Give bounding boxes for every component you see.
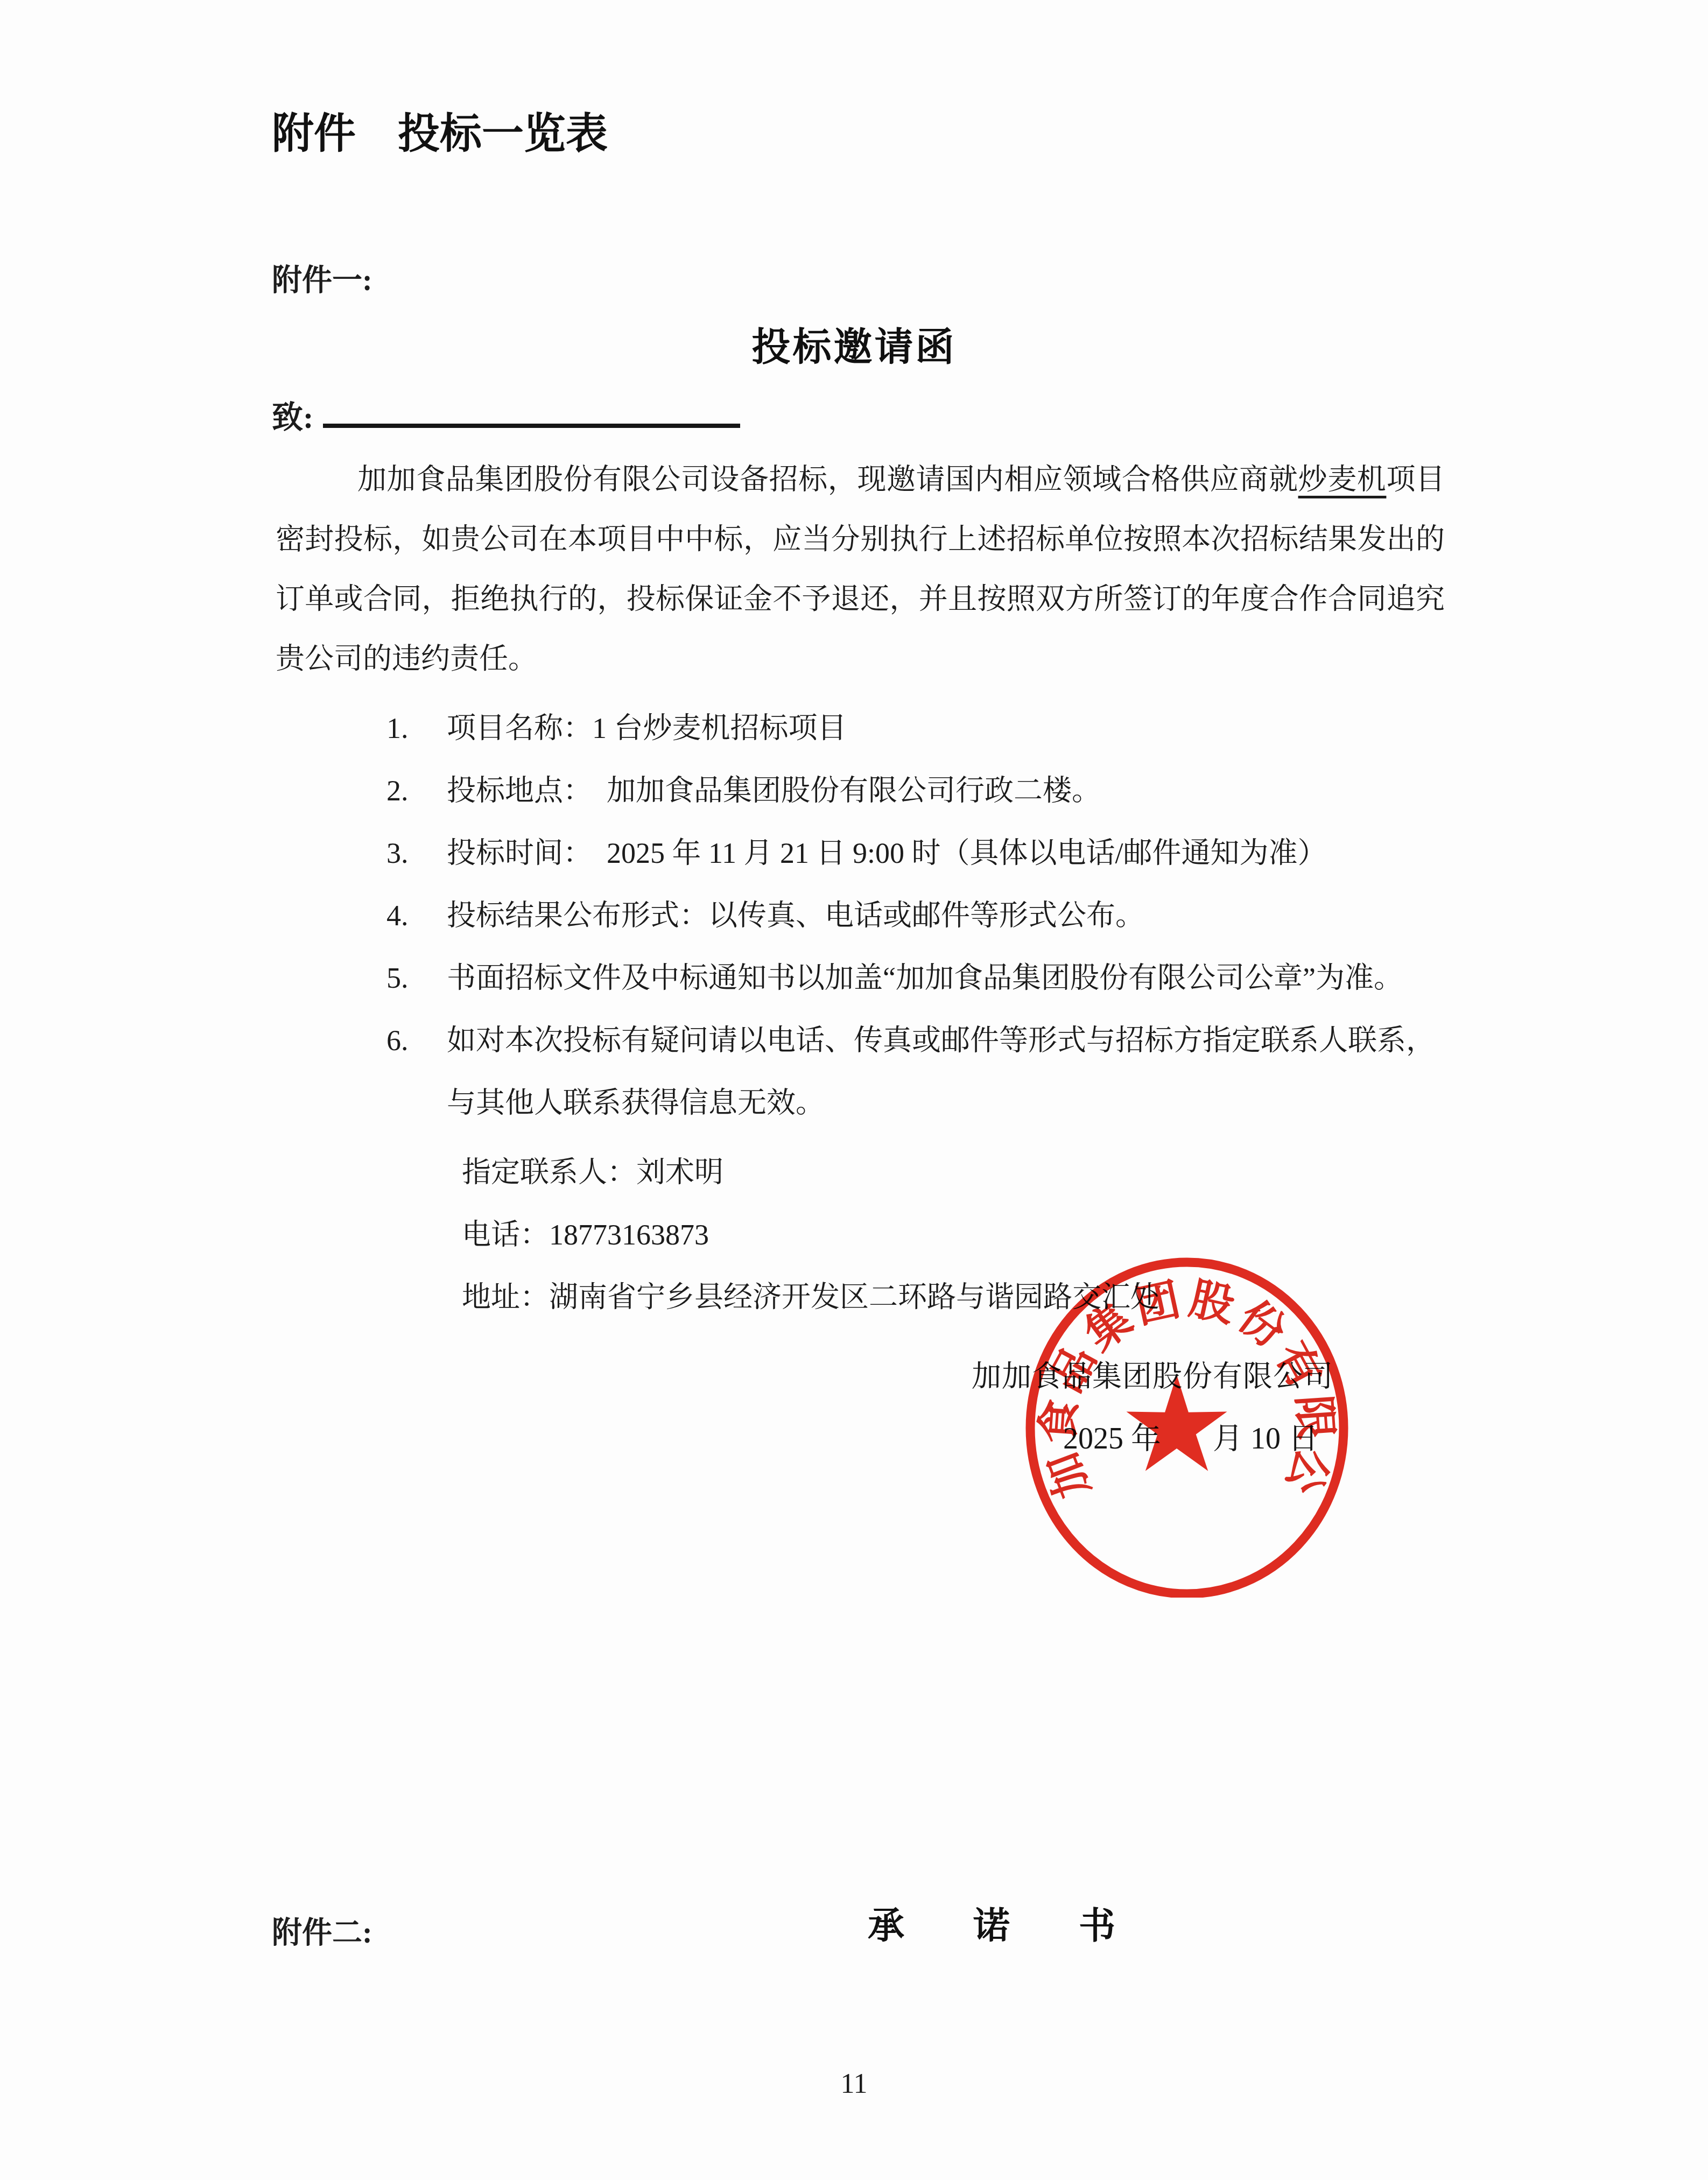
list-item: 5. 书面招标文件及中标通知书以加盖“加加食品集团股份有限公司公章”为准。 [386, 947, 1458, 1009]
promise-letter-title: 承 诺 书 [868, 1897, 1131, 1949]
to-label: 致: [272, 400, 313, 435]
document-title: 附件 投标一览表 [272, 100, 608, 160]
list-item-number: 4. [386, 884, 447, 947]
attachment2-label: 附件二: [272, 1909, 372, 1952]
opening-paragraph: 加加食品集团股份有限公司设备招标，现邀请国内相应领域合格供应商就炒麦机项目密封投… [276, 450, 1445, 689]
list-item-text-line1: 如对本次投标有疑问请以电话、传真或邮件等形式与招标方指定联系人联系， [447, 1024, 1435, 1057]
list-item-number: 5. [386, 947, 447, 1009]
list-item-number: 6. [386, 1009, 447, 1134]
underlined-project-name: 炒麦机 [1298, 463, 1387, 496]
attachment1-label: 附件一: [272, 256, 372, 299]
list-item: 2. 投标地点： 加加食品集团股份有限公司行政二楼。 [386, 760, 1458, 822]
letter-title: 投标邀请函 [0, 315, 1708, 371]
list-item: 1. 项目名称：1 台炒麦机招标项目 [386, 697, 1458, 760]
list-item-text: 书面招标文件及中标通知书以加盖“加加食品集团股份有限公司公章”为准。 [447, 947, 1458, 1009]
page-number: 11 [0, 2068, 1708, 2100]
contact-person: 指定联系人：刘术明 [462, 1141, 1159, 1204]
stamp-ring-text: 加加食品集团股份有限公司 [1025, 1253, 1340, 1504]
list-item-text: 投标地点： 加加食品集团股份有限公司行政二楼。 [447, 760, 1458, 822]
list-item: 4. 投标结果公布形式：以传真、电话或邮件等形式公布。 [386, 884, 1458, 947]
list-item: 6. 如对本次投标有疑问请以电话、传真或邮件等形式与招标方指定联系人联系， 与其… [386, 1009, 1458, 1134]
list-item-text-line2: 与其他人联系获得信息无效。 [447, 1087, 825, 1119]
to-line: 致: [272, 392, 740, 437]
list-item-text: 项目名称：1 台炒麦机招标项目 [447, 697, 1458, 760]
list-item-text: 投标时间： 2025 年 11 月 21 日 9:00 时（具体以电话/邮件通知… [447, 822, 1458, 884]
svg-text:加加食品集团股份有限公司: 加加食品集团股份有限公司 [1025, 1253, 1340, 1504]
terms-list: 1. 项目名称：1 台炒麦机招标项目 2. 投标地点： 加加食品集团股份有限公司… [386, 697, 1458, 1134]
list-item-text: 如对本次投标有疑问请以电话、传真或邮件等形式与招标方指定联系人联系， 与其他人联… [447, 1009, 1458, 1134]
list-item-text: 投标结果公布形式：以传真、电话或邮件等形式公布。 [447, 884, 1458, 947]
paragraph-text-before: 加加食品集团股份有限公司设备招标，现邀请国内相应领域合格供应商就 [357, 463, 1298, 496]
document-page: 附件 投标一览表 附件一: 投标邀请函 致: 加加食品集团股份有限公司设备招标，… [0, 0, 1708, 2180]
recipient-blank-line [323, 398, 740, 428]
list-item-number: 2. [386, 760, 447, 822]
stamp-star-icon [1127, 1375, 1227, 1471]
list-item-number: 3. [386, 822, 447, 884]
list-item-number: 1. [386, 697, 447, 760]
company-seal-stamp: 加加食品集团股份有限公司 [1025, 1253, 1354, 1598]
list-item: 3. 投标时间： 2025 年 11 月 21 日 9:00 时（具体以电话/邮… [386, 822, 1458, 884]
